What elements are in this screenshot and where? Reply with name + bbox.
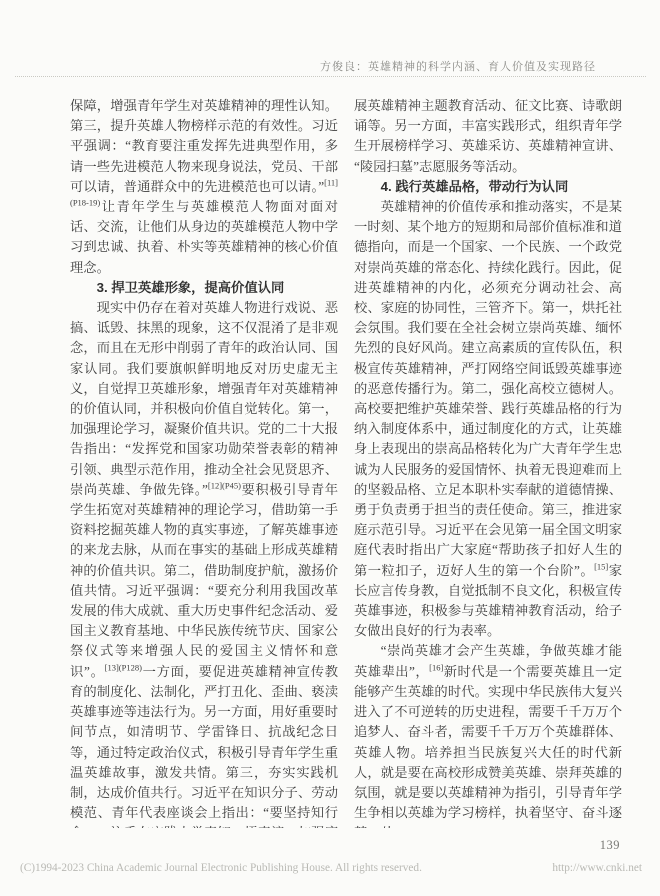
page-footer: (C)1994-2023 China Academic Journal Elec… [20,862,642,874]
paper-page: 方俊良：英雄精神的科学内涵、育人价值及实现路径 保障，增强青年学生对英雄精神的理… [0,0,660,896]
publisher-url: http://www.cnki.net [552,862,642,874]
paragraph: 展英雄精神主题教育活动、征文比赛、诗歌朗诵等。另一方面，丰富实践形式，组织青年学… [354,96,622,177]
text-column-left: 保障，增强青年学生对英雄精神的理性认知。第三，提升英雄人物榜样示范的有效性。习近… [70,96,338,828]
page-number: 139 [600,838,620,853]
paragraph: 英雄精神的价值传承和推动落实，不是某一时刻、某个地方的短期和局部价值标准和道德指… [354,197,622,641]
article-body: 保障，增强青年学生对英雄精神的理性认知。第三，提升英雄人物榜样示范的有效性。习近… [70,96,622,828]
page-header: 方俊良：英雄精神的科学内涵、育人价值及实现路径 [0,0,660,78]
copyright-notice: (C)1994-2023 China Academic Journal Elec… [20,862,422,874]
citation-reference: [16] [429,662,443,672]
header-divider [15,76,646,77]
paragraph: 现实中仍存在着对英雄人物进行戏说、恶搞、诋毁、抹黑的现象，这不仅混淆了是非观念，… [70,298,338,828]
paragraph: “崇尚英雄才会产生英雄，争做英雄才能英雄辈出”，[16]新时代是一个需要英雄且一… [354,641,622,828]
running-title: 方俊良：英雄精神的科学内涵、育人价值及实现路径 [320,58,596,74]
section-heading: 3. 捍卫英雄形象，提高价值认同 [70,278,338,298]
citation-reference: [11](P18-19) [70,177,338,207]
section-heading: 4. 践行英雄品格，带动行为认同 [354,177,622,197]
citation-reference: [13](P128) [105,662,142,672]
text-column-right: 展英雄精神主题教育活动、征文比赛、诗歌朗诵等。另一方面，丰富实践形式，组织青年学… [354,96,622,828]
citation-reference: [15] [594,561,608,571]
paragraph: 保障，增强青年学生对英雄精神的理性认知。第三，提升英雄人物榜样示范的有效性。习近… [70,96,338,278]
citation-reference: [12](P45) [208,480,241,490]
